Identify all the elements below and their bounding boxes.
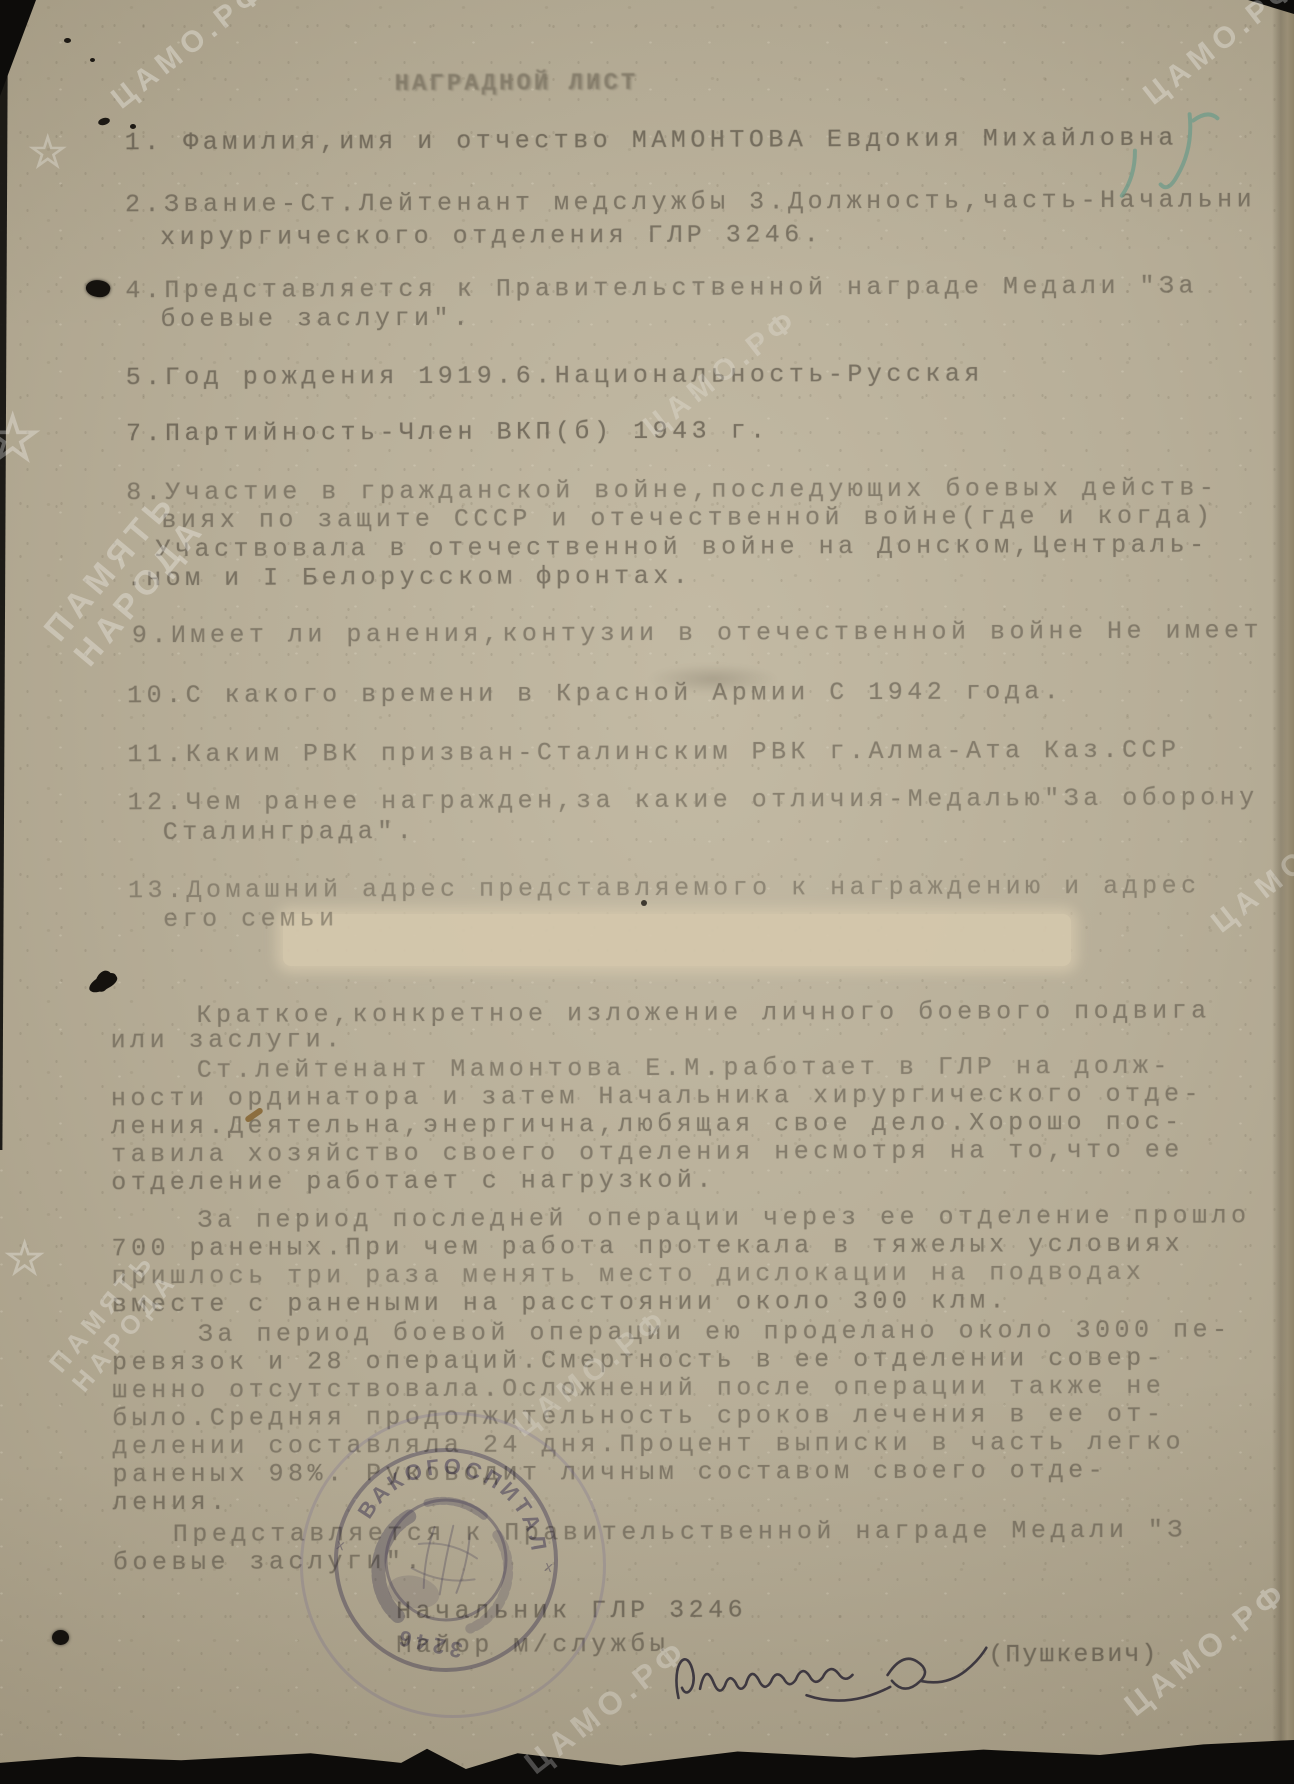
typed-text-layer: НАГРАДНОЙ ЛИСТ 1. Фамилия,имя и отчество…	[0, 0, 1294, 1784]
typed-line: Сталинграда".	[163, 817, 417, 847]
typed-line: 1. Фамилия,имя и отчество МАМОНТОВА Евдо…	[125, 124, 1178, 158]
typed-line: или заслуги.	[111, 1025, 345, 1055]
typed-line: раненых 98%. Руководит личным составом с…	[112, 1456, 1107, 1489]
award-sheet-scan: НАГРАДНОЙ ЛИСТ 1. Фамилия,имя и отчество…	[0, 0, 1294, 1784]
stamp-number: 3246	[392, 1624, 465, 1663]
stamp-ring-text: ЭВАКОГОСПИТАЛЬ	[314, 1421, 577, 1560]
svg-text:ЭВАКОГОСПИТАЛЬ: ЭВАКОГОСПИТАЛЬ	[314, 1421, 577, 1560]
paper-hole	[52, 1630, 69, 1645]
typed-line: 5.Год рождения 1919.6.Национальность-Рус…	[126, 360, 984, 393]
typed-line: 7.Партийность-Член ВКП(б) 1943 г.	[126, 416, 770, 448]
typed-line: 9.Имеет ли ранения,контузии в отечествен…	[132, 616, 1263, 650]
typed-line: хирургического отделения ГЛР 3246.	[160, 220, 823, 252]
hospital-stamp: х х ЭВАКОГОСПИТАЛЬ 3246	[307, 1421, 585, 1699]
pencil-mark	[1086, 96, 1225, 235]
svg-text:х: х	[543, 1558, 554, 1576]
typed-line: ления.	[113, 1488, 230, 1518]
paper-speck	[641, 900, 647, 906]
typed-line: боевые заслуги".	[160, 304, 472, 334]
typed-line: (Пушкевич)	[988, 1640, 1158, 1670]
document-title: НАГРАДНОЙ ЛИСТ	[394, 70, 638, 98]
ink-smudge	[648, 664, 778, 694]
typed-line: тавила хозяйство своего отделения несмот…	[111, 1136, 1184, 1170]
paper-speck	[64, 38, 71, 43]
typed-line: Краткое,конкретное изложение личного бое…	[196, 997, 1210, 1030]
typed-line: 13.Домашний адрес представляемого к нагр…	[128, 872, 1201, 906]
typed-line: 10.С какого времени в Красной Армии С 19…	[127, 677, 1063, 710]
typed-line: 12.Чем ранее награжден,за какие отличия-…	[128, 783, 1259, 817]
typed-line: Участвовала в отечественной войне на Дон…	[155, 531, 1208, 565]
paper-speck	[90, 58, 95, 62]
typed-line: .ном и I Белорусском фронтах.	[127, 562, 693, 593]
signature-handwritten	[652, 1599, 1008, 1732]
typed-line: 4.Представляется к Правительственной наг…	[125, 272, 1198, 306]
paper-edge	[1272, 0, 1294, 1784]
typed-line: вместе с ранеными на расстоянии около 30…	[112, 1286, 1009, 1319]
typed-line: его семьи	[163, 904, 339, 934]
typed-line: виях по защите СССР и отечественной войн…	[161, 502, 1214, 536]
paper-speck	[130, 124, 136, 129]
typed-line: 11.Каким РВК призван-Сталинским РВК г.Ал…	[127, 736, 1180, 770]
typed-line: отделение работает с нагрузкой.	[111, 1166, 716, 1198]
